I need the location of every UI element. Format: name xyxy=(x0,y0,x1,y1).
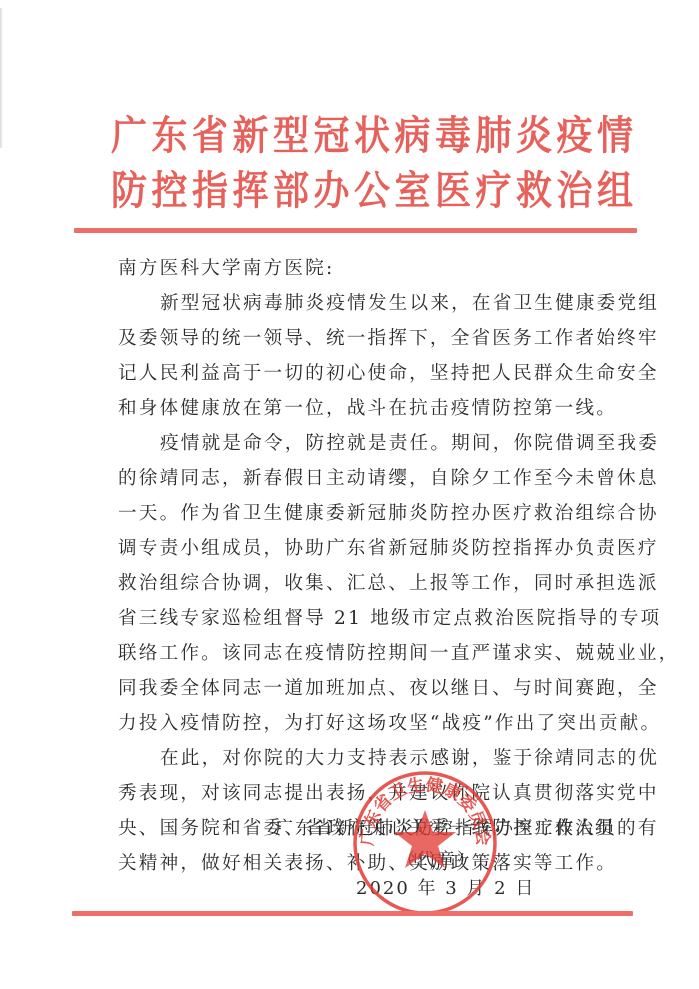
body-line: 调专责小组成员，协助广东省新冠肺炎防控指挥办负责医疗 xyxy=(118,531,608,566)
document-page: 广东省新型冠状病毒肺炎疫情 防控指挥部办公室医疗救治组 南方医科大学南方医院: … xyxy=(0,0,699,989)
body-line: 联络工作。该同志在疫情防控期间一直严谨求实、兢兢业业， xyxy=(118,636,608,671)
body-line: 新型冠状病毒肺炎疫情发生以来，在省卫生健康委党组 xyxy=(118,286,608,321)
body-line: 秀表现，对该同志提出表扬，并建议你院认真贯彻落实党中 xyxy=(118,776,608,811)
footer-red-rule xyxy=(72,911,633,916)
body-line: 记人民利益高于一切的初心使命，坚持把人民群众生命安全 xyxy=(118,356,608,391)
body-line: 省三线专家巡检组督导 21 地级市定点救治医院指导的专项 xyxy=(118,601,608,636)
body-line: 在此，对你院的大力支持表示感谢，鉴于徐靖同志的优 xyxy=(118,741,608,776)
header-red-rule xyxy=(74,228,637,233)
body-line: 救治组综合协调，收集、汇总、上报等工作，同时承担选派 xyxy=(118,566,608,601)
body-line: 及委领导的统一领导、统一指挥下，全省医务工作者始终牢 xyxy=(118,321,608,356)
header-title-line-1: 广东省新型冠状病毒肺炎疫情 xyxy=(111,111,597,161)
salutation: 南方医科大学南方医院: xyxy=(118,251,608,286)
body-line: 力投入疫情防控，为打好这场攻坚“战疫”作出了突出贡献。 xyxy=(118,706,608,741)
header-title-line-2: 防控指挥部办公室医疗救治组 xyxy=(111,166,597,216)
body-line: 和身体健康放在第一位，战斗在抗击疫情防控第一线。 xyxy=(118,391,608,426)
scan-edge-shadow xyxy=(0,8,3,148)
body-line: 一天。作为省卫生健康委新冠肺炎防控办医疗救治组综合协 xyxy=(118,496,608,531)
body-line: 疫情就是命令，防控就是责任。期间，你院借调至我委 xyxy=(118,426,608,461)
signature-organization: 广东省新冠肺炎防控指挥办医疗救治组 xyxy=(275,814,615,840)
signature-date: 2020 年 3 月 2 日 xyxy=(356,874,535,900)
signature-note: （代章） xyxy=(397,846,477,872)
body-line: 同我委全体同志一道加班加点、夜以继日、与时间赛跑，全 xyxy=(118,671,608,706)
letter-body: 南方医科大学南方医院: 新型冠状病毒肺炎疫情发生以来，在省卫生健康委党组 及委领… xyxy=(118,251,608,881)
body-line: 的徐靖同志，新春假日主动请缨，自除夕工作至今未曾休息 xyxy=(118,461,608,496)
